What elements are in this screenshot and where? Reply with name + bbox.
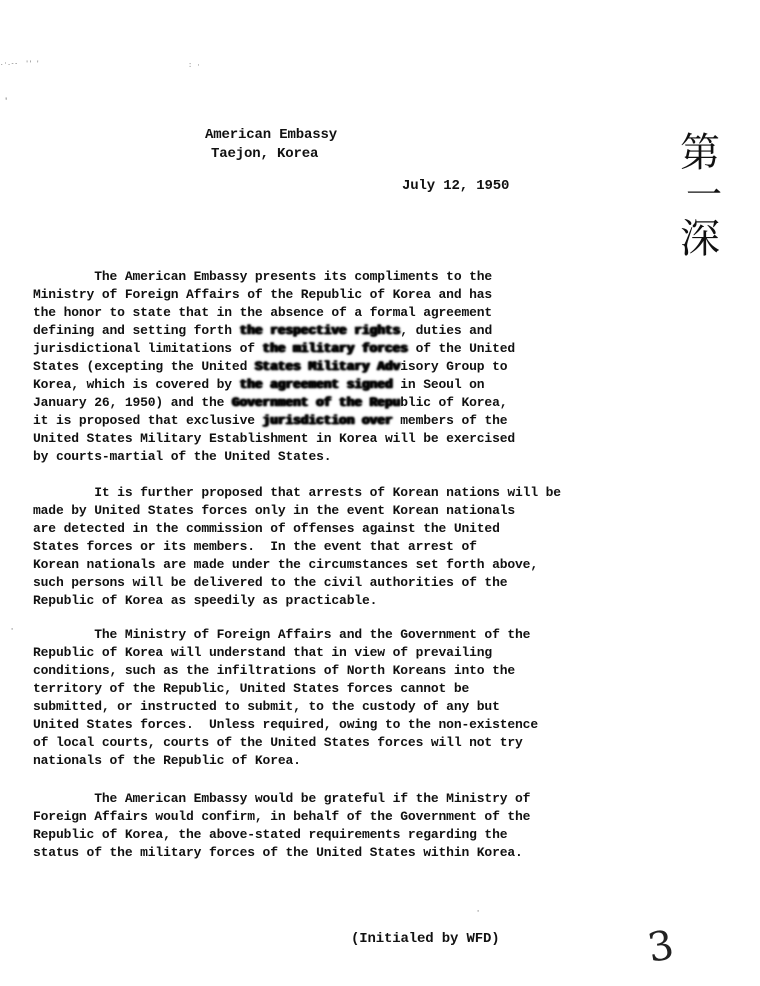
scan-artifact: ' (4, 98, 8, 106)
sender-address: American Embassy Taejon, Korea (205, 126, 337, 164)
paragraph-3: The Ministry of Foreign Affairs and the … (33, 626, 633, 770)
scan-artifact: · (10, 626, 14, 634)
text-line: submitted, or instructed to submit, to t… (33, 698, 633, 716)
text-line: by courts-martial of the United States. (33, 448, 633, 466)
text-line: States (excepting the United States Mili… (33, 358, 633, 376)
text-line: Korean nationals are made under the circ… (33, 556, 633, 574)
text-line: conditions, such as the infiltrations of… (33, 662, 633, 680)
text-line: jurisdictional limitations of the milita… (33, 340, 633, 358)
text-line: it is proposed that exclusive jurisdicti… (33, 412, 633, 430)
text-line: Korea, which is covered by the agreement… (33, 376, 633, 394)
smudged-text: the respective rights (240, 323, 401, 338)
text-line: The American Embassy presents its compli… (33, 268, 633, 286)
paragraph-1: The American Embassy presents its compli… (33, 268, 633, 466)
text-line: The Ministry of Foreign Affairs and the … (33, 626, 633, 644)
text-line: Foreign Affairs would confirm, in behalf… (33, 808, 633, 826)
handwritten-annotation: 第 一 深 (680, 130, 740, 262)
text-line: nationals of the Republic of Korea. (33, 752, 633, 770)
text-line: territory of the Republic, United States… (33, 680, 633, 698)
handwritten-page-number: 3 (644, 922, 677, 972)
text-line: are detected in the commission of offens… (33, 520, 633, 538)
text-line: United States forces. Unless required, o… (33, 716, 633, 734)
smudged-text: States Military Adv (255, 359, 400, 374)
text-line: such persons will be delivered to the ci… (33, 574, 633, 592)
handwritten-char: 深 (680, 216, 740, 262)
text-line: Ministry of Foreign Affairs of the Repub… (33, 286, 633, 304)
paragraph-2: It is further proposed that arrests of K… (33, 484, 633, 610)
smudged-text: Government of the Repu (232, 395, 400, 410)
text-line: Republic of Korea as speedily as practic… (33, 592, 633, 610)
text-line: of local courts, courts of the United St… (33, 734, 633, 752)
sender-location: Taejon, Korea (205, 145, 337, 164)
text-line: States forces or its members. In the eve… (33, 538, 633, 556)
smudged-text: the military forces (263, 341, 408, 356)
text-line: United States Military Establishment in … (33, 430, 633, 448)
smudged-text: the agreement signed (240, 377, 393, 392)
text-line: Republic of Korea will understand that i… (33, 644, 633, 662)
text-line: Republic of Korea, the above-stated requ… (33, 826, 633, 844)
scan-artifact: .·.-- '' ' (0, 60, 40, 67)
text-line: January 26, 1950) and the Government of … (33, 394, 633, 412)
text-line: defining and setting forth the respectiv… (33, 322, 633, 340)
initials-line: (Initialed by WFD) (351, 931, 500, 947)
handwritten-char: 一 (680, 176, 740, 216)
text-line: status of the military forces of the Uni… (33, 844, 633, 862)
text-line: the honor to state that in the absence o… (33, 304, 633, 322)
smudged-text: jurisdiction over (263, 413, 393, 428)
letter-date: July 12, 1950 (402, 178, 509, 194)
scan-artifact: · (476, 908, 480, 916)
paragraph-4: The American Embassy would be grateful i… (33, 790, 633, 862)
handwritten-char: 第 (680, 130, 740, 176)
text-line: It is further proposed that arrests of K… (33, 484, 633, 502)
scan-artifact: : · (188, 62, 201, 70)
text-line: made by United States forces only in the… (33, 502, 633, 520)
sender-name: American Embassy (205, 126, 337, 145)
document-page: .·.-- '' ' : · ' · · American Embassy Ta… (0, 0, 760, 986)
text-line: The American Embassy would be grateful i… (33, 790, 633, 808)
